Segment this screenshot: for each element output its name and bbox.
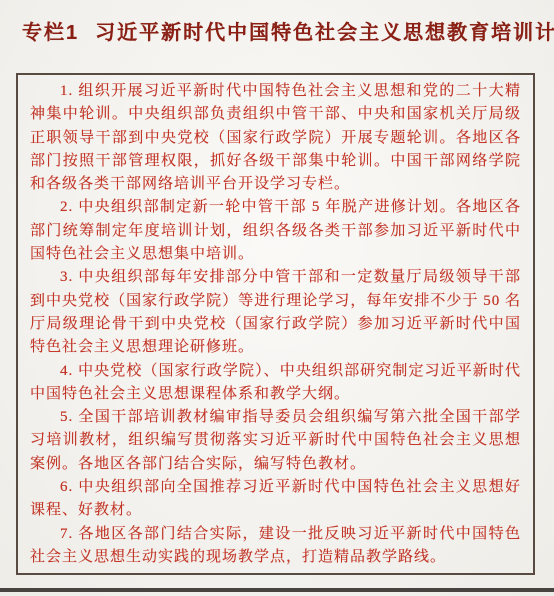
paragraph-3: 3. 中央组织部每年安排部分中管干部和一定数量厅局级领导干部到中央党校（国家行政…	[30, 266, 521, 359]
paragraph-6: 6. 中央组织部向全国推荐习近平新时代中国特色社会主义思想好课程、好教材。	[30, 476, 521, 523]
bottom-page-rule	[0, 588, 554, 592]
paragraph-1: 1. 组织开展习近平新时代中国特色社会主义思想和党的二十大精神集中轮训。中央组织…	[30, 80, 521, 196]
paragraph-2: 2. 中央组织部制定新一轮中管干部 5 年脱产进修计划。各地区各部门统筹制定年度…	[30, 196, 521, 266]
column-title-text: 习近平新时代中国特色社会主义思想教育培训计划	[95, 22, 554, 44]
document-page: 专栏1习近平新时代中国特色社会主义思想教育培训计划 1. 组织开展习近平新时代中…	[0, 0, 554, 596]
column-title: 专栏1习近平新时代中国特色社会主义思想教育培训计划	[22, 20, 544, 46]
column-label: 专栏1	[22, 22, 79, 44]
paragraph-4: 4. 中央党校（国家行政学院）、中央组织部研究制定习近平新时代中国特色社会主义思…	[30, 360, 521, 407]
column-box: 1. 组织开展习近平新时代中国特色社会主义思想和党的二十大精神集中轮训。中央组织…	[16, 73, 535, 575]
paragraph-5: 5. 全国干部培训教材编审指导委员会组织编写第六批全国干部学习培训教材，组织编写…	[30, 406, 521, 476]
paragraph-7: 7. 各地区各部门结合实际，建设一批反映习近平新时代中国特色社会主义思想生动实践…	[30, 523, 521, 570]
